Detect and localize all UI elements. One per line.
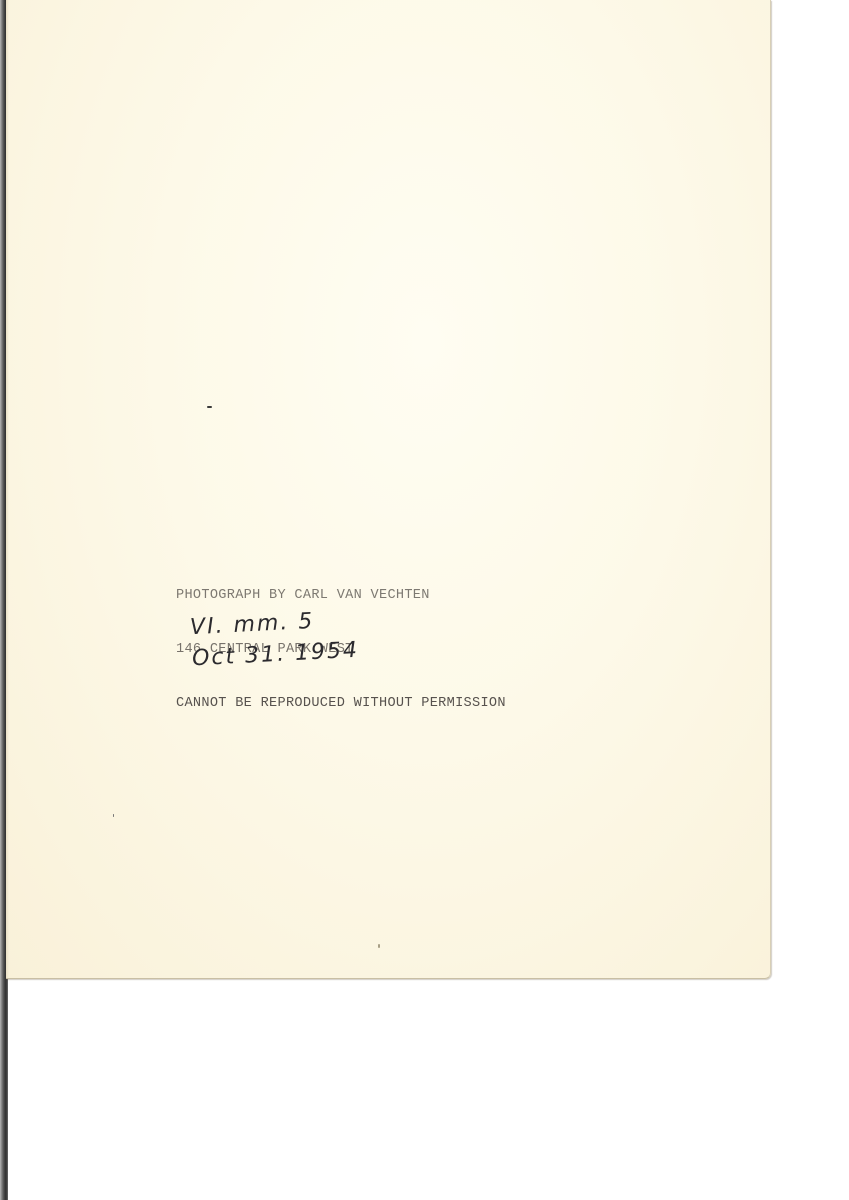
stamp-line-permission: CANNOT BE REPRODUCED WITHOUT PERMISSION xyxy=(176,695,506,713)
ink-speck xyxy=(207,406,212,408)
paper-edge-shading xyxy=(6,0,9,978)
ink-speck xyxy=(113,814,114,817)
paper-stain xyxy=(378,944,380,948)
photo-back-paper xyxy=(6,0,771,979)
stamp-line-photographer: PHOTOGRAPH BY CARL VAN VECHTEN xyxy=(176,587,506,605)
